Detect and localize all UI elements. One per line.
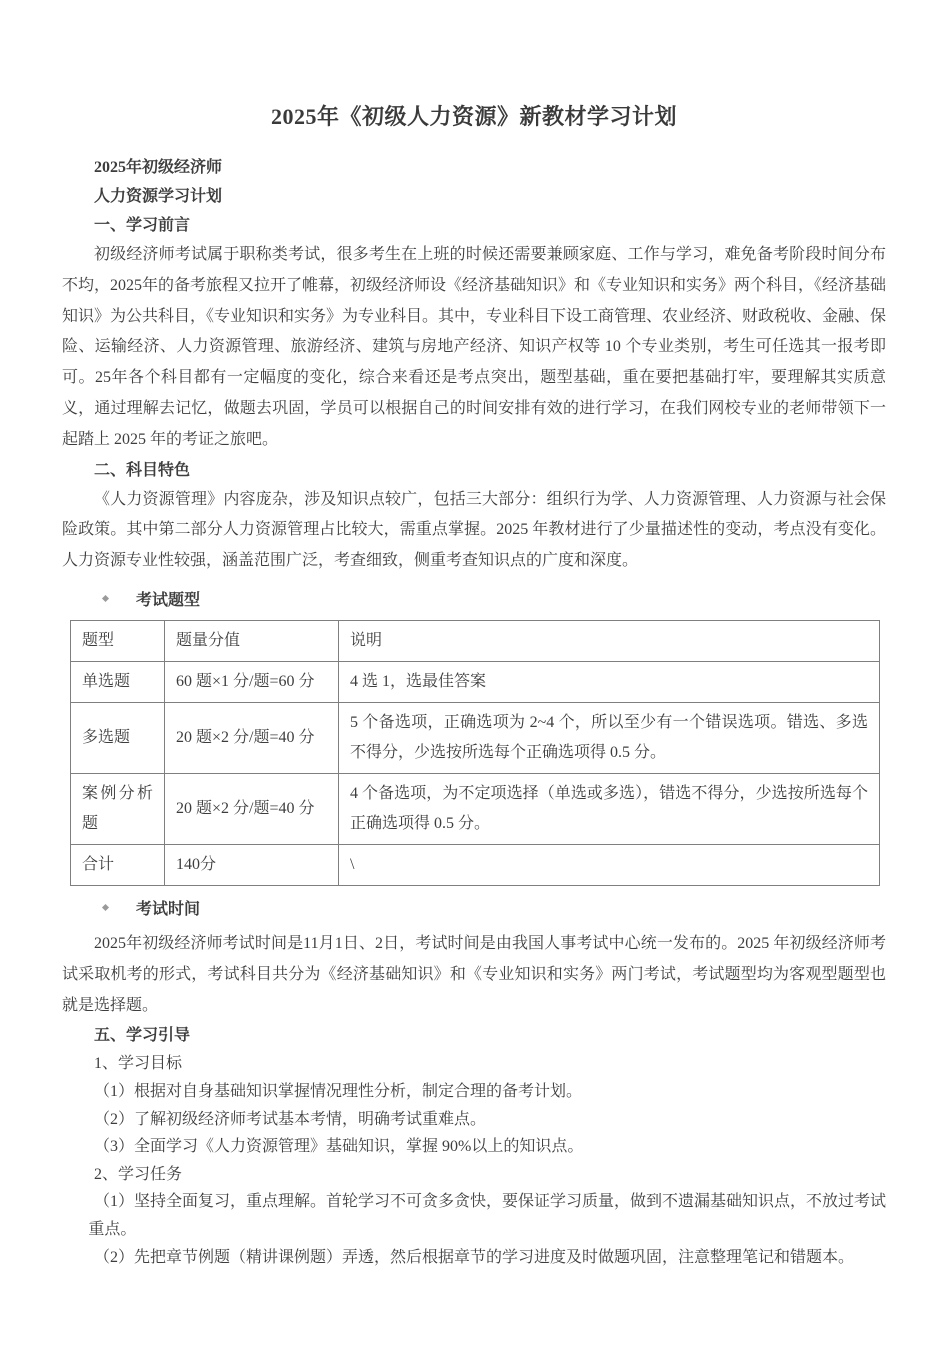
section2-heading: 二、科目特色 <box>62 456 886 485</box>
table-cell: \ <box>339 844 880 885</box>
section1-paragraph: 初级经济师考试属于职称类考试，很多考生在上班的时候还需要兼顾家庭、工作与学习，难… <box>62 240 886 456</box>
table-cell: 4 选 1，选最佳答案 <box>339 661 880 702</box>
table-cell: 20 题×2 分/题=40 分 <box>165 773 339 844</box>
table-header-note: 说明 <box>339 620 880 661</box>
diamond-bullet-icon <box>102 904 109 911</box>
table-header-score: 题量分值 <box>165 620 339 661</box>
table-cell: 5 个备选项，正确选项为 2~4 个，所以至少有一个错误选项。错选、多选不得分，… <box>339 702 880 773</box>
table-header-type: 题型 <box>71 620 165 661</box>
bullet-exam-time: 考试时间 <box>103 896 886 919</box>
section2-paragraph: 《人力资源管理》内容庞杂，涉及知识点较广，包括三大部分：组织行为学、人力资源管理… <box>62 485 886 577</box>
table-cell: 合计 <box>71 844 165 885</box>
page-title: 2025年《初级人力资源》新教材学习计划 <box>62 100 886 131</box>
task-item-1-continuation: 重点。 <box>62 1216 886 1244</box>
exam-types-table: 题型 题量分值 说明 单选题 60 题×1 分/题=60 分 4 选 1，选最佳… <box>70 620 880 886</box>
table-cell: 单选题 <box>71 661 165 702</box>
section1-heading: 一、学习前言 <box>62 211 886 240</box>
table-header-row: 题型 题量分值 说明 <box>71 620 880 661</box>
goal-item-2: （2）了解初级经济师考试基本考情，明确考试重难点。 <box>62 1106 886 1134</box>
subtitle-line-2: 人力资源学习计划 <box>62 182 886 211</box>
section5: 五、学习引导 1、学习目标 （1）根据对自身基础知识掌握情况理性分析，制定合理的… <box>62 1021 886 1271</box>
table-row: 单选题 60 题×1 分/题=60 分 4 选 1，选最佳答案 <box>71 661 880 702</box>
goal-item-3: （3）全面学习《人力资源管理》基础知识，掌握 90%以上的知识点。 <box>62 1133 886 1161</box>
table-cell: 4 个备选项，为不定项选择（单选或多选），错选不得分，少选按所选每个正确选项得 … <box>339 773 880 844</box>
table-row: 案例分析题 20 题×2 分/题=40 分 4 个备选项，为不定项选择（单选或多… <box>71 773 880 844</box>
table-row: 合计 140分 \ <box>71 844 880 885</box>
table-cell: 140分 <box>165 844 339 885</box>
exam-time-label: 考试时间 <box>136 896 200 919</box>
goal-item-1: （1）根据对自身基础知识掌握情况理性分析，制定合理的备考计划。 <box>62 1078 886 1106</box>
table-cell: 案例分析题 <box>71 773 165 844</box>
table-cell: 多选题 <box>71 702 165 773</box>
task-item-2: （2）先把章节例题（精讲课例题）弄透，然后根据章节的学习进度及时做题巩固，注意整… <box>62 1244 886 1272</box>
tasks-heading: 2、学习任务 <box>62 1161 886 1189</box>
document-page: 2025年《初级人力资源》新教材学习计划 2025年初级经济师 人力资源学习计划… <box>0 0 950 1311</box>
section5-heading: 五、学习引导 <box>62 1021 886 1050</box>
task-item-1: （1）坚持全面复习，重点理解。首轮学习不可贪多贪快，要保证学习质量，做到不遗漏基… <box>62 1188 886 1216</box>
goals-heading: 1、学习目标 <box>62 1050 886 1078</box>
diamond-bullet-icon <box>102 595 109 602</box>
subtitle-line-1: 2025年初级经济师 <box>62 153 886 182</box>
exam-time-paragraph: 2025年初级经济师考试时间是11月1日、2日，考试时间是由我国人事考试中心统一… <box>62 929 886 1021</box>
table-cell: 60 题×1 分/题=60 分 <box>165 661 339 702</box>
table-cell: 20 题×2 分/题=40 分 <box>165 702 339 773</box>
bullet-exam-types: 考试题型 <box>103 587 886 610</box>
exam-types-label: 考试题型 <box>136 587 200 610</box>
table-row: 多选题 20 题×2 分/题=40 分 5 个备选项，正确选项为 2~4 个，所… <box>71 702 880 773</box>
